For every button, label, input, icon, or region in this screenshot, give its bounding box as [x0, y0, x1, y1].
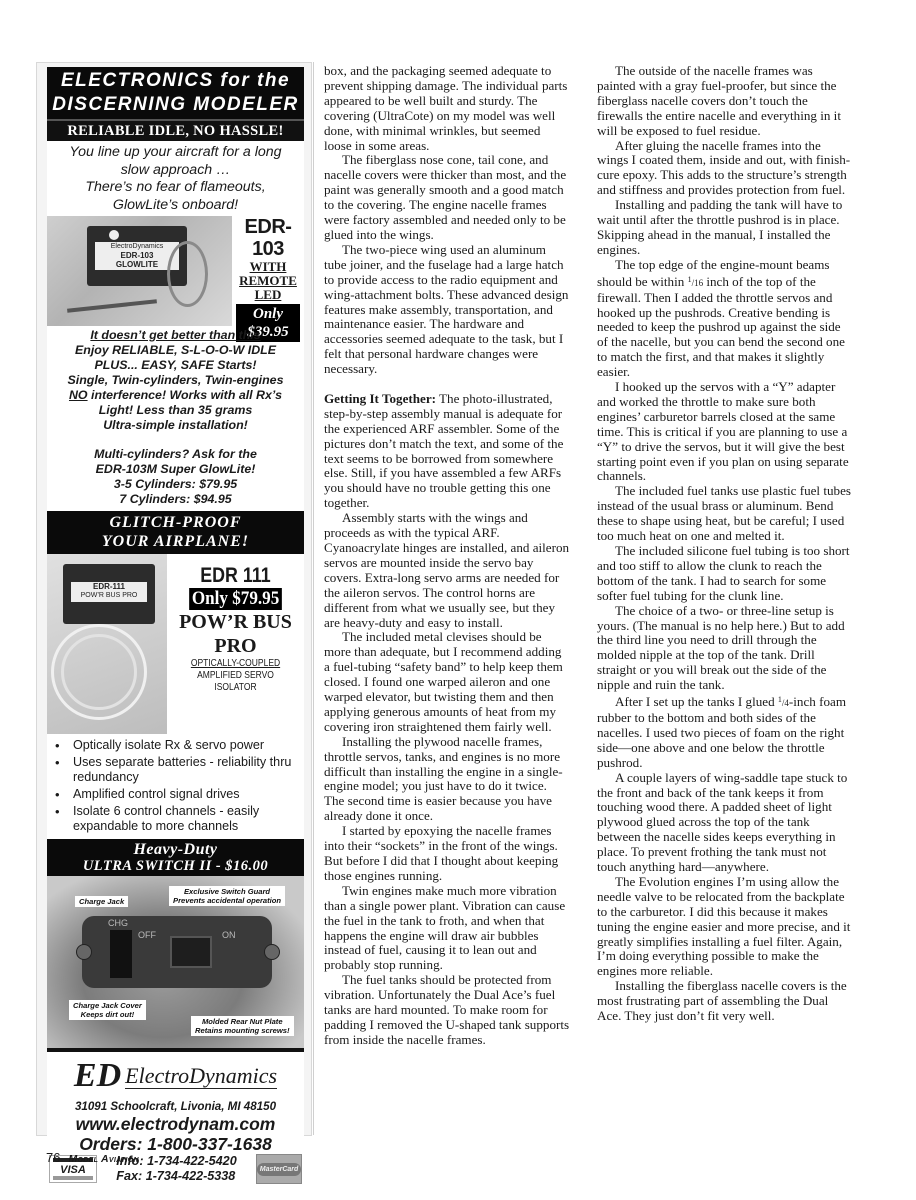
- paragraph: Twin engines make much more vibration th…: [324, 884, 570, 973]
- feature-line: PLUS... EASY, SAFE Starts!: [47, 358, 304, 373]
- paragraph: Installing the plywood nacelle frames, t…: [324, 735, 570, 824]
- fraction: 1/16: [688, 278, 704, 288]
- page-folio: 76 Model Aviation: [46, 1150, 139, 1165]
- electrodynamics-logo: ED ElectroDynamics: [47, 1056, 304, 1096]
- fax-number: Fax: 1-734-422-5338: [116, 1169, 236, 1184]
- edr103-sub: WITH: [232, 260, 304, 274]
- feature-text: interference! Works with all Rx’s: [88, 388, 282, 402]
- fraction-denominator: 16: [694, 278, 703, 288]
- paragraph: Installing the fiberglass nacelle covers…: [597, 979, 851, 1024]
- edr103-sub: REMOTE: [232, 274, 304, 288]
- edr111-price: Only $79.95: [189, 588, 282, 610]
- switch-body: CHG OFF ON: [82, 916, 272, 988]
- paragraph: The included metal clevises should be mo…: [324, 630, 570, 734]
- callout-jack-cover: Charge Jack Cover Keeps dirt out!: [69, 1000, 146, 1020]
- glitch-proof-headline: GLITCH-PROOF YOUR AIRPLANE!: [47, 511, 304, 554]
- ed-logo-icon: ED: [74, 1058, 121, 1094]
- paragraph: The top edge of the engine-mount beams s…: [597, 258, 851, 380]
- paragraph: The outside of the nacelle frames was pa…: [597, 64, 851, 139]
- feature-line: Ultra-simple installation!: [47, 418, 304, 433]
- off-label: OFF: [138, 930, 156, 940]
- callout-switch-guard: Exclusive Switch Guard Prevents accident…: [169, 886, 285, 906]
- feature-line: NO interference! Works with all Rx’s: [47, 388, 304, 403]
- edr111-info: EDR 111 Only $79.95 POW’R BUS PRO OPTICA…: [167, 554, 304, 734]
- electrodynamics-advertisement: ELECTRONICS for the DISCERNING MODELER R…: [36, 62, 312, 1136]
- callout-line: Molded Rear Nut Plate: [195, 1017, 290, 1026]
- servo-leads-icon: [61, 634, 137, 710]
- paragraph: The choice of a two- or three-line setup…: [597, 604, 851, 693]
- bullet-item: Isolate 6 control channels - easily expa…: [53, 804, 304, 834]
- ad-strip-reliable-idle: RELIABLE IDLE, NO HASSLE!: [47, 119, 304, 141]
- chg-label: CHG: [108, 918, 128, 928]
- switch-line: ULTRA SWITCH II - $16.00: [47, 858, 304, 875]
- ad-headline-line2: DISCERNING MODELER: [47, 93, 304, 117]
- intro-line: You line up your aircraft for a long: [47, 144, 304, 162]
- led-icon: [109, 230, 119, 240]
- edr111-name: PRO: [167, 634, 304, 658]
- switch-line: Heavy-Duty: [47, 841, 304, 858]
- edr103-model: EDR-103: [232, 216, 304, 260]
- intro-line: slow approach …: [47, 162, 304, 180]
- glitch-line: GLITCH-PROOF: [47, 513, 304, 532]
- company-address: 31091 Schoolcraft, Livonia, MI 48150: [47, 1099, 304, 1114]
- section-heading: Getting It Together:: [324, 391, 436, 406]
- edr111-tag: OPTICALLY-COUPLED: [177, 658, 293, 670]
- glowlite-intro: You line up your aircraft for a long slo…: [47, 141, 304, 216]
- photo-label-text: POW’R BUS PRO: [71, 591, 147, 600]
- fraction-numerator: 1: [688, 275, 692, 284]
- feature-line: Enjoy RELIABLE, S-L-O-O-W IDLE: [47, 343, 304, 358]
- section-paragraph: Getting It Together: The photo-illustrat…: [324, 392, 570, 511]
- callout-line: Charge Jack Cover: [73, 1001, 142, 1010]
- powr-bus-product-photo: EDR-111 POW’R BUS PRO: [47, 554, 167, 734]
- callout-charge-jack: Charge Jack: [75, 896, 128, 907]
- cable-icon: [67, 299, 157, 312]
- on-label: ON: [222, 930, 236, 940]
- photo-label-text: EDR-111: [71, 582, 147, 591]
- powr-bus-bullets: Optically isolate Rx & servo power Uses …: [47, 734, 304, 839]
- ultra-switch-photo: CHG OFF ON Charge Jack Exclusive Switch …: [47, 876, 304, 1048]
- paragraph: After gluing the nacelle frames into the…: [597, 139, 851, 199]
- intro-line: There’s no fear of flameouts,: [47, 179, 304, 197]
- photo-label-text: ElectroDynamics: [95, 242, 179, 251]
- intro-line: GlowLite’s onboard!: [47, 197, 304, 215]
- paragraph: box, and the packaging seemed adequate t…: [324, 64, 570, 153]
- callout-line: Exclusive Switch Guard: [173, 887, 281, 896]
- bullet-item: Optically isolate Rx & servo power: [53, 738, 304, 753]
- page-number: 76: [46, 1150, 60, 1165]
- paragraph: The fiberglass nose cone, tail cone, and…: [324, 153, 570, 242]
- paragraph: Installing and padding the tank will hav…: [597, 198, 851, 258]
- edr103-info: EDR-103 WITH REMOTE LED Only $39.95: [232, 216, 304, 326]
- mastercard-text: MasterCard: [257, 1163, 302, 1176]
- ad-headline-line1: ELECTRONICS for the: [47, 69, 304, 93]
- paragraph-text: After I set up the tanks I glued: [615, 694, 778, 709]
- company-name: ElectroDynamics: [125, 1064, 277, 1089]
- edr111-tag: AMPLIFIED SERVO ISOLATOR: [177, 670, 293, 694]
- mastercard-icon: MasterCard: [256, 1154, 302, 1184]
- visa-text: VISA: [50, 1164, 96, 1176]
- paragraph: A couple layers of wing-saddle tape stuc…: [597, 771, 851, 875]
- paragraph: The included fuel tanks use plastic fuel…: [597, 484, 851, 544]
- feature-line: Single, Twin-cylinders, Twin-engines: [47, 373, 304, 388]
- price-line: Only: [236, 305, 300, 323]
- charge-jack-icon: [110, 930, 132, 978]
- screw-icon: [76, 944, 92, 960]
- screw-icon: [264, 944, 280, 960]
- article-column-right: The outside of the nacelle frames was pa…: [597, 64, 851, 1024]
- ultra-switch-headline: Heavy-Duty ULTRA SWITCH II - $16.00: [47, 839, 304, 876]
- company-url[interactable]: www.electrodynam.com: [47, 1114, 304, 1134]
- ad-headline: ELECTRONICS for the DISCERNING MODELER: [47, 67, 304, 119]
- multi-price: 3-5 Cylinders: $79.95: [47, 477, 304, 492]
- paragraph: The two-piece wing used an aluminum tube…: [324, 243, 570, 377]
- paragraph: The fuel tanks should be protected from …: [324, 973, 570, 1048]
- bullet-item: Uses separate batteries - reliability th…: [53, 755, 304, 785]
- paragraph-text: inch of the top of the firewall. Then I …: [597, 274, 845, 379]
- paragraph: The Evolution engines I’m using allow th…: [597, 875, 851, 979]
- multi-line: EDR-103M Super GlowLite!: [47, 462, 304, 477]
- paragraph: Assembly starts with the wings and proce…: [324, 511, 570, 630]
- glowlite-features: It doesn’t get better than this Enjoy RE…: [47, 326, 304, 511]
- multi-price: 7 Cylinders: $94.95: [47, 492, 304, 507]
- callout-nut-plate: Molded Rear Nut Plate Retains mounting s…: [191, 1016, 294, 1036]
- coiled-wire-icon: [167, 241, 208, 307]
- edr103-sub: LED: [232, 288, 304, 302]
- powr-bus-panel: EDR-111 POW’R BUS PRO EDR 111 Only $79.9…: [47, 554, 304, 839]
- paragraph: I started by epoxying the nacelle frames…: [324, 824, 570, 884]
- glowlite-product-photo: ElectroDynamics EDR-103 GLOWLITE: [47, 216, 232, 326]
- paragraph: The included silicone fuel tubing is too…: [597, 544, 851, 604]
- callout-line: Retains mounting screws!: [195, 1026, 290, 1035]
- callout-line: Keeps dirt out!: [73, 1010, 142, 1019]
- fraction-numerator: 1: [778, 695, 782, 704]
- photo-label-text: EDR-103: [95, 251, 179, 260]
- feature-line: Light! Less than 35 grams: [47, 403, 304, 418]
- magazine-name: Model Aviation: [68, 1153, 138, 1165]
- edr111-model: EDR 111: [177, 564, 293, 588]
- paragraph: After I set up the tanks I glued 1/4-inc…: [597, 693, 851, 771]
- glowlite-panel: You line up your aircraft for a long slo…: [47, 141, 304, 511]
- glitch-line: YOUR AIRPLANE!: [47, 532, 304, 551]
- switch-knob-icon: [170, 936, 212, 968]
- multi-line: Multi-cylinders? Ask for the: [47, 447, 304, 462]
- edr111-name: POW’R BUS: [167, 610, 304, 634]
- column-divider: [313, 62, 314, 1135]
- fraction: 1/4: [778, 698, 789, 708]
- paragraph: I hooked up the servos with a “Y” adapte…: [597, 380, 851, 484]
- no-emphasis: NO: [69, 388, 88, 402]
- article-column-middle: box, and the packaging seemed adequate t…: [324, 64, 570, 1048]
- paragraph-text: The photo-illustrated, step-by-step asse…: [324, 391, 563, 510]
- bullet-item: Amplified control signal drives: [53, 787, 304, 802]
- callout-line: Prevents accidental operation: [173, 896, 281, 905]
- company-info-panel: ED ElectroDynamics 31091 Schoolcraft, Li…: [47, 1048, 304, 1186]
